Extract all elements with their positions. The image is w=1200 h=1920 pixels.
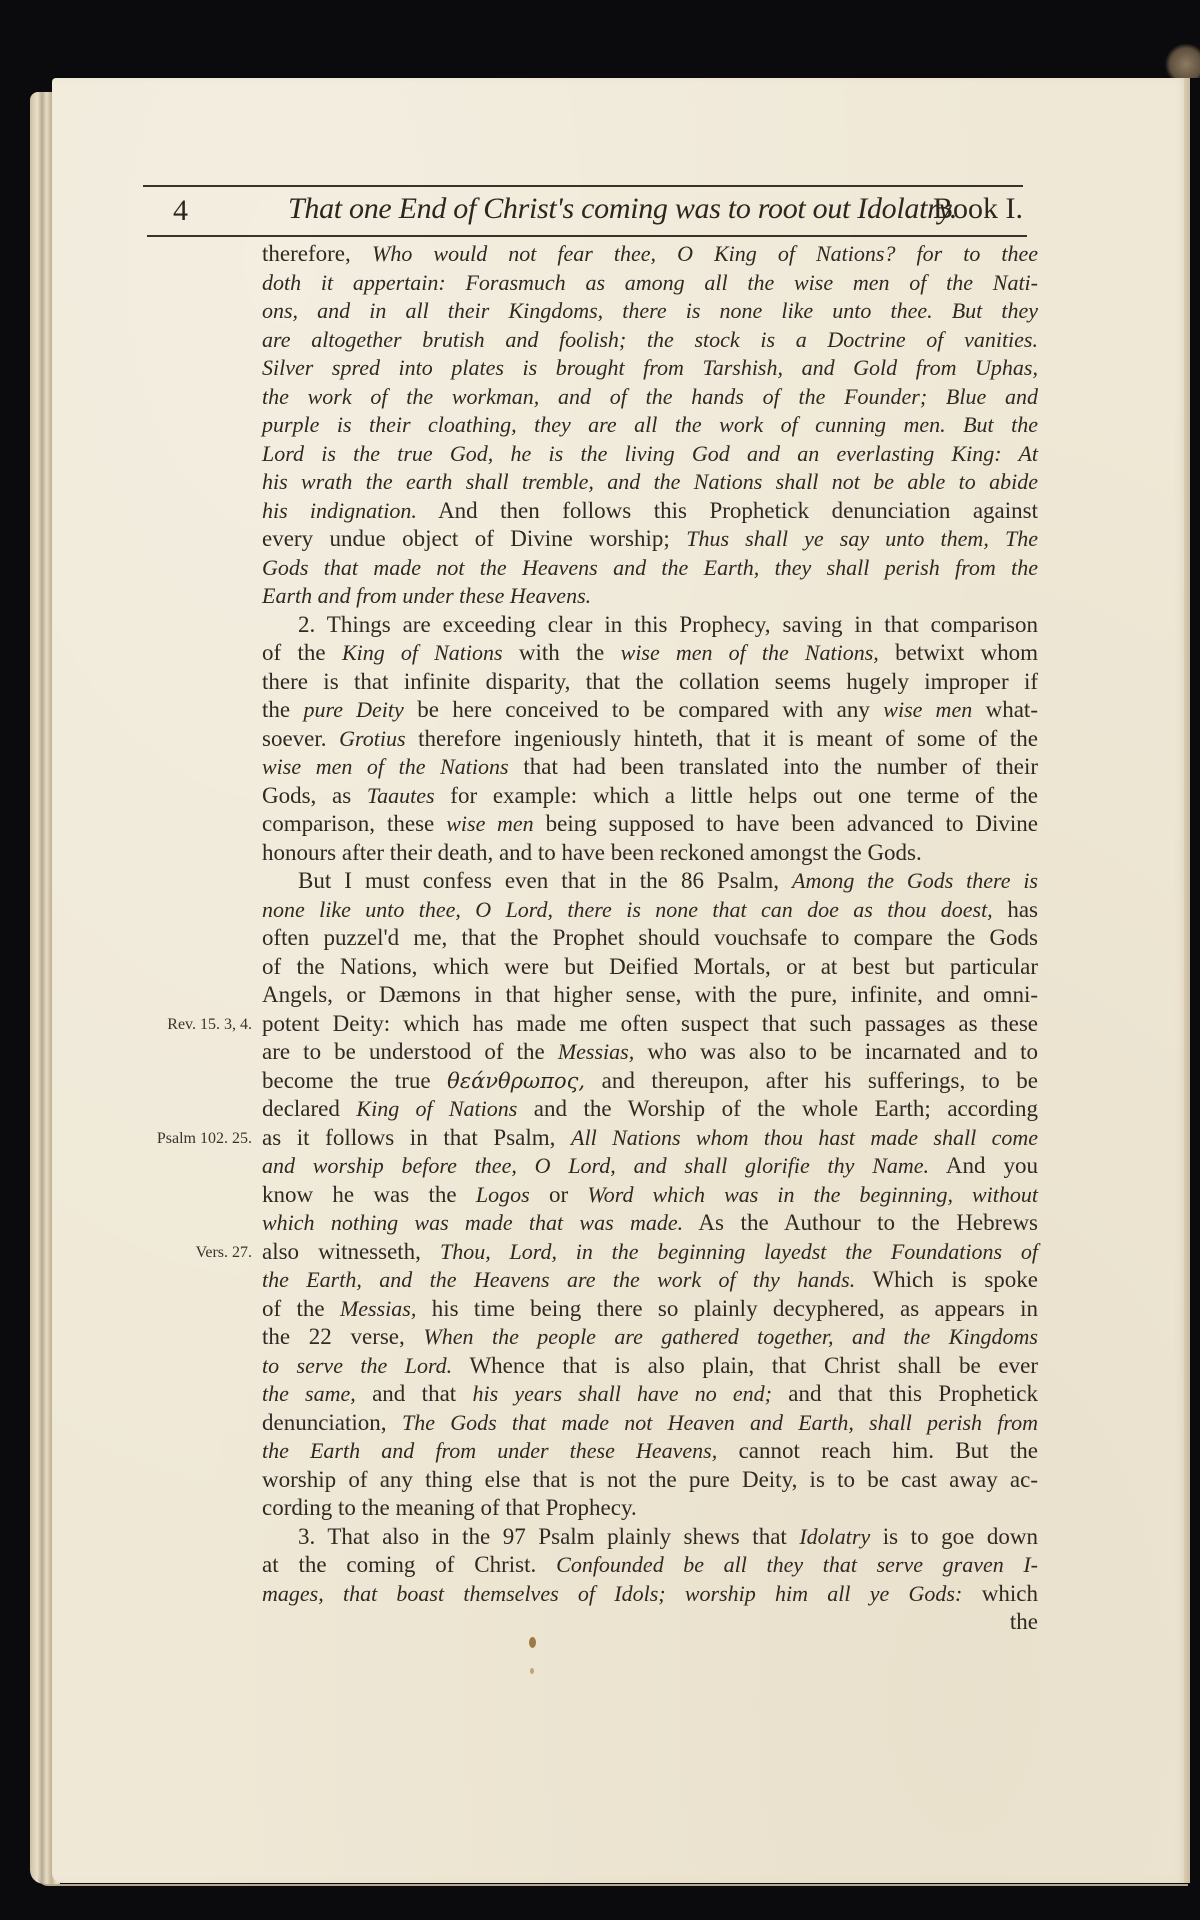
- italic-segment: the work of the workman, and of the hand…: [262, 384, 1038, 409]
- text-line: the: [262, 1608, 1038, 1637]
- text-line: and worship before thee, O Lord, and sha…: [262, 1152, 1038, 1181]
- page-right-fold: [1184, 78, 1190, 1883]
- italic-segment: Earth and from under these Heavens.: [262, 583, 591, 608]
- italic-segment: and worship before thee, O Lord, and sha…: [262, 1153, 929, 1178]
- text-line: But I must confess even that in the 86 P…: [262, 867, 1038, 896]
- italic-segment: Lord is the true God, he is the living G…: [262, 441, 1038, 466]
- text-line: purple is their cloathing, they are all …: [262, 411, 1038, 440]
- roman-segment: therefore ingeniously hinteth, that it i…: [406, 726, 1038, 751]
- italic-segment: the Earth and from under these Heavens,: [262, 1438, 717, 1463]
- roman-segment: has: [993, 897, 1038, 922]
- italic-segment: to serve the Lord.: [262, 1353, 452, 1378]
- text-line: doth it appertain: Forasmuch as among al…: [262, 269, 1038, 298]
- text-line: become the true θεάνθρωπος, and thereupo…: [262, 1067, 1038, 1096]
- text-line: Gods that made not the Heavens and the E…: [262, 554, 1038, 583]
- italic-segment: Grotius: [339, 726, 405, 751]
- roman-segment: and the Worship of the whole Earth; acco…: [517, 1096, 1038, 1121]
- italic-segment: wise men: [883, 697, 972, 722]
- roman-segment: as it follows in that Psalm,: [262, 1125, 571, 1150]
- text-line: often puzzel'd me, that the Prophet shou…: [262, 924, 1038, 953]
- roman-segment: therefore,: [262, 241, 372, 266]
- text-line: of the Messias, his time being there so …: [262, 1295, 1038, 1324]
- italic-segment: his indignation.: [262, 498, 417, 523]
- roman-segment: become the true: [262, 1068, 447, 1093]
- running-header: 4 That one End of Christ's coming was to…: [143, 188, 1023, 234]
- page-number: 4: [173, 194, 188, 228]
- text-line: ons, and in all their Kingdoms, there is…: [262, 297, 1038, 326]
- roman-segment: declared: [262, 1096, 356, 1121]
- text-line: also witnesseth, Thou, Lord, in the begi…: [262, 1238, 1038, 1267]
- roman-segment: his time being there so plainly decypher…: [416, 1296, 1038, 1321]
- italic-segment: King of Nations: [356, 1096, 517, 1121]
- text-line: to serve the Lord. Whence that is also p…: [262, 1352, 1038, 1381]
- text-line: know he was the Logos or Word which was …: [262, 1181, 1038, 1210]
- text-line: Gods, as Taautes for example: which a li…: [262, 782, 1038, 811]
- italic-segment: Who would not fear thee, O King of Natio…: [372, 241, 1038, 266]
- italic-segment: wise men of the Nations,: [621, 640, 879, 665]
- roman-segment: cannot reach him. But the: [717, 1438, 1038, 1463]
- roman-segment: and that this Prophetick: [772, 1381, 1038, 1406]
- italic-segment: When the people are gathered together, a…: [423, 1324, 1038, 1349]
- text-line: of the King of Nations with the wise men…: [262, 639, 1038, 668]
- text-line: Silver spred into plates is brought from…: [262, 354, 1038, 383]
- italic-segment: The Gods that made not Heaven and Earth,…: [402, 1410, 1038, 1435]
- italic-segment: doth it appertain: Forasmuch as among al…: [262, 270, 1038, 295]
- roman-segment: with the: [503, 640, 621, 665]
- roman-segment: know he was the: [262, 1182, 476, 1207]
- italic-segment: Confounded be all they that serve graven…: [556, 1552, 1038, 1577]
- roman-segment: And you: [929, 1153, 1038, 1178]
- text-line: as it follows in that Psalm, All Nations…: [262, 1124, 1038, 1153]
- roman-segment: 2. Things are exceeding clear in this Pr…: [298, 612, 1038, 637]
- header-rule-top: [143, 185, 1023, 187]
- roman-segment: who was also to be incarnated and to: [634, 1039, 1038, 1064]
- running-title: That one End of Christ's coming was to r…: [288, 192, 957, 226]
- italic-segment: mages, that boast themselves of Idols; w…: [262, 1581, 962, 1606]
- text-line: denunciation, The Gods that made not Hea…: [262, 1409, 1038, 1438]
- italic-segment: Logos: [476, 1182, 530, 1207]
- margin-note: Rev. 15. 3, 4.: [167, 1016, 252, 1034]
- text-line: 3. That also in the 97 Psalm plainly she…: [262, 1523, 1038, 1552]
- book-label: Book I.: [933, 192, 1023, 226]
- roman-segment: worship of any thing else that is not th…: [262, 1467, 1038, 1492]
- text-line: none like unto thee, O Lord, there is no…: [262, 896, 1038, 925]
- roman-segment: being supposed to have been advanced to …: [534, 811, 1038, 836]
- roman-segment: As the Authour to the Hebrews: [683, 1210, 1038, 1235]
- italic-segment: purple is their cloathing, they are all …: [262, 412, 1038, 437]
- roman-segment: betwixt whom: [879, 640, 1038, 665]
- roman-segment: often puzzel'd me, that the Prophet shou…: [262, 925, 1038, 950]
- text-line: wise men of the Nations that had been tr…: [262, 753, 1038, 782]
- italic-segment: Among the Gods there is: [792, 868, 1038, 893]
- italic-segment: wise men of the Nations: [262, 754, 509, 779]
- roman-segment: are to be understood of the: [262, 1039, 558, 1064]
- text-line: at the coming of Christ. Confounded be a…: [262, 1551, 1038, 1580]
- roman-segment: cording to the meaning of that Prophecy.: [262, 1495, 637, 1520]
- roman-segment: 3. That also in the 97 Psalm plainly she…: [298, 1524, 799, 1549]
- italic-segment: are altogether brutish and foolish; the …: [262, 327, 1038, 352]
- italic-segment: his years shall have no end;: [473, 1381, 772, 1406]
- text-line: there is that infinite disparity, that t…: [262, 668, 1038, 697]
- roman-segment: comparison, these: [262, 811, 446, 836]
- text-line: his wrath the earth shall tremble, and t…: [262, 468, 1038, 497]
- italic-segment: his wrath the earth shall tremble, and t…: [262, 469, 1038, 494]
- roman-segment: and thereupon, after his sufferings, to …: [585, 1068, 1038, 1093]
- text-line: potent Deity: which has made me often su…: [262, 1010, 1038, 1039]
- roman-segment: of the Nations, which were but Deified M…: [262, 954, 1038, 979]
- italic-segment: Silver spred into plates is brought from…: [262, 355, 1038, 380]
- roman-segment: But I must confess even that in the 86 P…: [298, 868, 792, 893]
- roman-segment: of the: [262, 640, 342, 665]
- roman-segment: honours after their death, and to have b…: [262, 840, 922, 865]
- text-line: the work of the workman, and of the hand…: [262, 383, 1038, 412]
- text-line: every undue object of Divine worship; Th…: [262, 525, 1038, 554]
- worn-corner: [1165, 44, 1200, 78]
- text-line: soever. Grotius therefore ingeniously hi…: [262, 725, 1038, 754]
- italic-segment: ons, and in all their Kingdoms, there is…: [262, 298, 1038, 323]
- roman-segment: also witnesseth,: [262, 1239, 440, 1264]
- roman-segment: what-: [972, 697, 1038, 722]
- roman-segment: the 22 verse,: [262, 1324, 423, 1349]
- text-line: Angels, or Dæmons in that higher sense, …: [262, 981, 1038, 1010]
- italic-segment: wise men: [446, 811, 533, 836]
- roman-segment: Angels, or Dæmons in that higher sense, …: [262, 982, 1038, 1007]
- text-line: cording to the meaning of that Prophecy.: [262, 1494, 1038, 1523]
- text-line: mages, that boast themselves of Idols; w…: [262, 1580, 1038, 1609]
- italic-segment: Idolatry: [799, 1524, 870, 1549]
- italic-segment: θεάνθρωπος,: [447, 1069, 585, 1093]
- italic-segment: Thou, Lord, in the beginning layedst the…: [440, 1239, 1038, 1264]
- italic-segment: pure Deity: [304, 697, 404, 722]
- text-line: are to be understood of the Messias, who…: [262, 1038, 1038, 1067]
- body-text: therefore, Who would not fear thee, O Ki…: [262, 240, 1038, 1637]
- roman-segment: soever.: [262, 726, 339, 751]
- header-rule-bottom: [147, 235, 1027, 237]
- roman-segment: there is that infinite disparity, that t…: [262, 669, 1038, 694]
- ink-spot: [529, 1637, 536, 1648]
- text-line: worship of any thing else that is not th…: [262, 1466, 1038, 1495]
- roman-segment: Which is spoke: [855, 1267, 1038, 1292]
- roman-segment: or: [530, 1182, 588, 1207]
- italic-segment: the same,: [262, 1381, 356, 1406]
- italic-segment: none like unto thee, O Lord, there is no…: [262, 897, 993, 922]
- italic-segment: Messias,: [340, 1296, 416, 1321]
- roman-segment: the: [262, 697, 304, 722]
- roman-segment: of the: [262, 1296, 340, 1321]
- text-line: the Earth, and the Heavens are the work …: [262, 1266, 1038, 1295]
- roman-segment: be here conceived to be compared with an…: [404, 697, 883, 722]
- margin-note: Vers. 27.: [196, 1244, 252, 1262]
- text-line: the Earth and from under these Heavens, …: [262, 1437, 1038, 1466]
- italic-segment: Taautes: [367, 783, 435, 808]
- text-line: his indignation. And then follows this P…: [262, 497, 1038, 526]
- italic-segment: Thus shall ye say unto them, The: [686, 526, 1038, 551]
- text-line: therefore, Who would not fear thee, O Ki…: [262, 240, 1038, 269]
- text-line: 2. Things are exceeding clear in this Pr…: [262, 611, 1038, 640]
- page-bottom-edge: [38, 1876, 1188, 1886]
- italic-segment: which nothing was made that was made.: [262, 1210, 683, 1235]
- roman-segment: and that: [356, 1381, 473, 1406]
- italic-segment: All Nations whom thou hast made shall co…: [571, 1125, 1038, 1150]
- text-line: the pure Deity be here conceived to be c…: [262, 696, 1038, 725]
- italic-segment: Messias,: [558, 1039, 634, 1064]
- italic-segment: Gods that made not the Heavens and the E…: [262, 555, 1038, 580]
- roman-segment: which: [962, 1581, 1038, 1606]
- roman-segment: at the coming of Christ.: [262, 1552, 556, 1577]
- roman-segment: every undue object of Divine worship;: [262, 526, 686, 551]
- roman-segment: for example: which a little helps out on…: [435, 783, 1038, 808]
- text-line: honours after their death, and to have b…: [262, 839, 1038, 868]
- text-line: are altogether brutish and foolish; the …: [262, 326, 1038, 355]
- roman-segment: that had been translated into the number…: [509, 754, 1038, 779]
- text-line: the same, and that his years shall have …: [262, 1380, 1038, 1409]
- ink-spot: [530, 1668, 534, 1674]
- text-line: Earth and from under these Heavens.: [262, 582, 1038, 611]
- margin-note: Psalm 102. 25.: [157, 1130, 252, 1148]
- text-line: the 22 verse, When the people are gather…: [262, 1323, 1038, 1352]
- text-line: which nothing was made that was made. As…: [262, 1209, 1038, 1238]
- roman-segment: is to goe down: [870, 1524, 1038, 1549]
- italic-segment: Word which was in the beginning, without: [587, 1182, 1038, 1207]
- roman-segment: Gods, as: [262, 783, 367, 808]
- roman-segment: potent Deity: which has made me often su…: [262, 1011, 1038, 1036]
- text-line: of the Nations, which were but Deified M…: [262, 953, 1038, 982]
- roman-segment: the: [1010, 1609, 1038, 1634]
- roman-segment: denunciation,: [262, 1410, 402, 1435]
- text-line: Lord is the true God, he is the living G…: [262, 440, 1038, 469]
- italic-segment: King of Nations: [342, 640, 503, 665]
- text-line: declared King of Nations and the Worship…: [262, 1095, 1038, 1124]
- roman-segment: Whence that is also plain, that Christ s…: [452, 1353, 1038, 1378]
- text-line: comparison, these wise men being suppose…: [262, 810, 1038, 839]
- italic-segment: the Earth, and the Heavens are the work …: [262, 1267, 855, 1292]
- roman-segment: And then follows this Prophetick denunci…: [417, 498, 1038, 523]
